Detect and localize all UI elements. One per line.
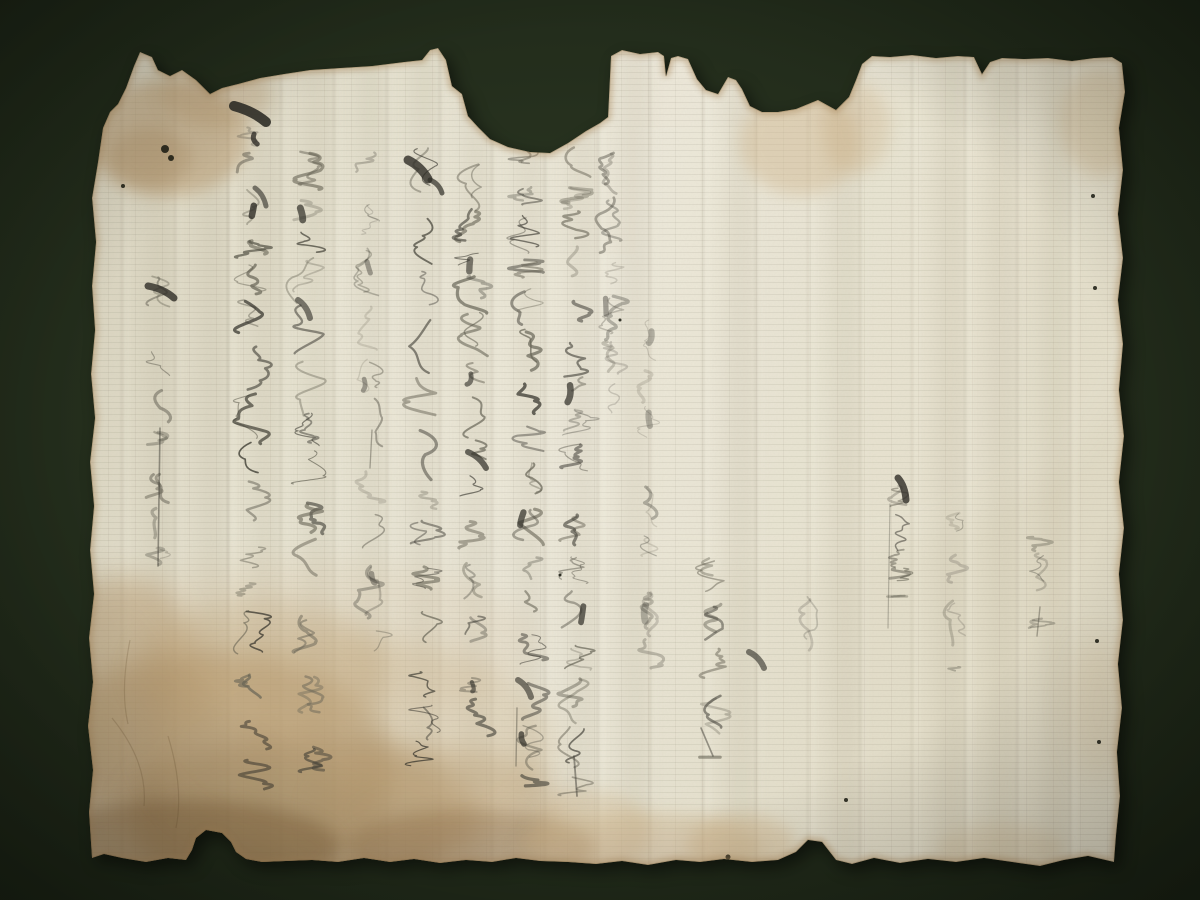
photo-vignette: [0, 0, 1200, 900]
photo-of-manuscript: [0, 0, 1200, 900]
manuscript-scene: [0, 0, 1200, 900]
